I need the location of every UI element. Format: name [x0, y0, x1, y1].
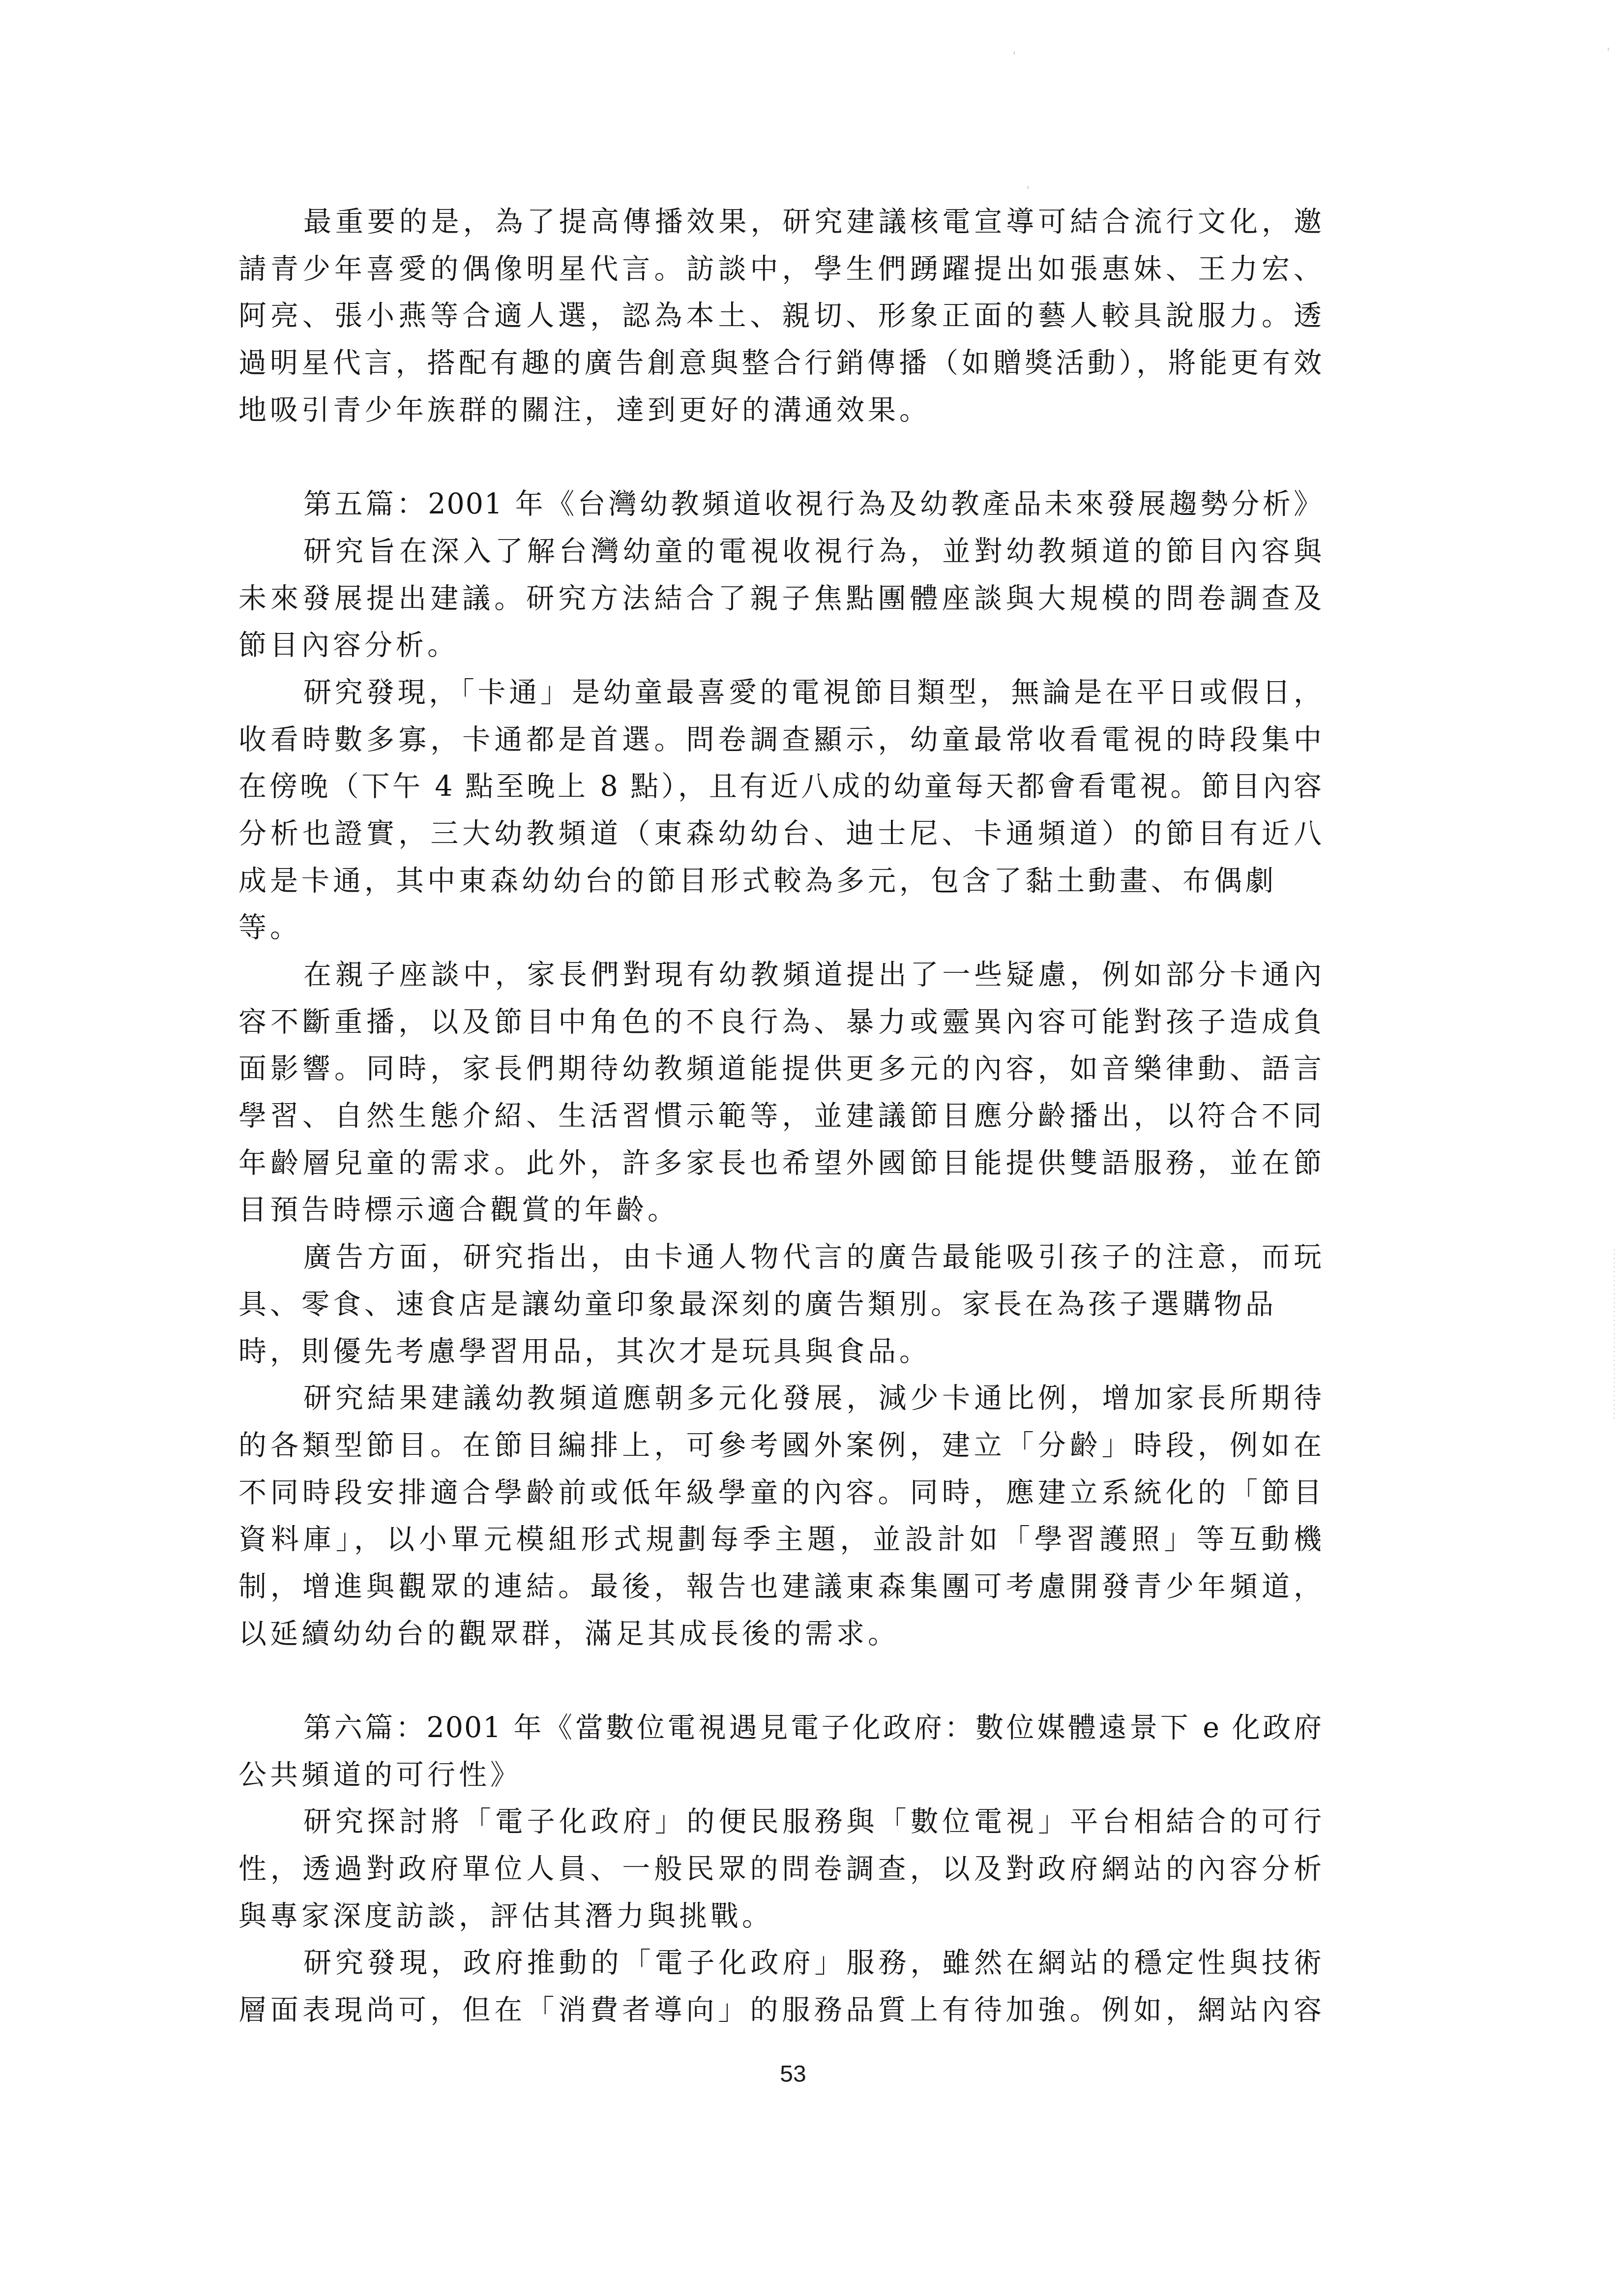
text-line: 具、零食、速食店是讓幼童印象最深刻的廣告類別。家長在為孩子選購物品 [238, 1281, 1323, 1328]
text-line: 廣告方面，研究指出，由卡通人物代言的廣告最能吸引孩子的注意，而玩 [238, 1234, 1323, 1281]
text-line: 資料庫」，以小單元模組形式規劃每季主題，並設計如「學習護照」等互動機 [238, 1516, 1323, 1563]
text-line: 以延續幼幼台的觀眾群，滿足其成長後的需求。 [238, 1611, 1323, 1658]
text-line: 在親子座談中，家長們對現有幼教頻道提出了一些疑慮，例如部分卡通內 [238, 952, 1323, 999]
text-line: 分析也證實，三大幼教頻道（東森幼幼台、迪士尼、卡通頻道）的節目有近八 [238, 811, 1323, 858]
text-line: 節目內容分析。 [238, 622, 1323, 669]
text-line: 研究結果建議幼教頻道應朝多元化發展，減少卡通比例，增加家長所期待 [238, 1375, 1323, 1422]
document-page: 最重要的是，為了提高傳播效果，研究建議核電宣導可結合流行文化，邀 請青少年喜愛的… [0, 0, 1624, 2284]
paragraph-spacer [238, 434, 1323, 481]
page-body: 最重要的是，為了提高傳播效果，研究建議核電宣導可結合流行文化，邀 請青少年喜愛的… [238, 199, 1323, 2034]
text-line: 最重要的是，為了提高傳播效果，研究建議核電宣導可結合流行文化，邀 [238, 199, 1323, 246]
page-number: 53 [768, 2060, 818, 2089]
paragraph-section6-findings: 研究發現，政府推動的「電子化政府」服務，雖然在網站的穩定性與技術 層面表現尚可，… [238, 1940, 1323, 2034]
text-line: 等。 [238, 904, 1323, 952]
text-line: 制，增進與觀眾的連結。最後，報告也建議東森集團可考慮開發青少年頻道， [238, 1563, 1323, 1611]
text-line: 請青少年喜愛的偶像明星代言。訪談中，學生們踴躍提出如張惠妹、王力宏、 [238, 246, 1323, 293]
text-line: 的各類型節目。在節目編排上，可參考國外案例，建立「分齡」時段，例如在 [238, 1422, 1323, 1470]
section-title: 第六篇：2001 年《當數位電視遇見電子化政府：數位媒體遠景下 e 化政府 [238, 1705, 1323, 1752]
text-line: 年齡層兒童的需求。此外，許多家長也希望外國節目能提供雙語服務，並在節 [238, 1140, 1323, 1187]
paragraph-spacer [238, 1657, 1323, 1705]
section-heading-6: 第六篇：2001 年《當數位電視遇見電子化政府：數位媒體遠景下 e 化政府 公共… [238, 1705, 1323, 1799]
text-line: 與專家深度訪談，評估其潛力與挑戰。 [238, 1893, 1323, 1940]
scan-artifact [1614, 1249, 1615, 1421]
text-line: 時，則優先考慮學習用品，其次才是玩具與食品。 [238, 1328, 1323, 1376]
paragraph-section6-purpose: 研究探討將「電子化政府」的便民服務與「數位電視」平台相結合的可行 性，透過對政府… [238, 1799, 1323, 1940]
text-line: 學習、自然生態介紹、生活習慣示範等，並建議節目應分齡播出，以符合不同 [238, 1093, 1323, 1140]
text-line: 過明星代言，搭配有趣的廣告創意與整合行銷傳播（如贈獎活動），將能更有效 [238, 340, 1323, 387]
scan-artifact [1608, 48, 1609, 51]
paragraph-section5-parents: 在親子座談中，家長們對現有幼教頻道提出了一些疑慮，例如部分卡通內 容不斷重播，以… [238, 952, 1323, 1234]
text-line: 不同時段安排適合學齡前或低年級學童的內容。同時，應建立系統化的「節目 [238, 1470, 1323, 1517]
text-line: 研究發現，政府推動的「電子化政府」服務，雖然在網站的穩定性與技術 [238, 1940, 1323, 1987]
text-line: 目預告時標示適合觀賞的年齡。 [238, 1187, 1323, 1234]
paragraph-section5-findings: 研究發現，「卡通」是幼童最喜愛的電視節目類型，無論是在平日或假日， 收看時數多寡… [238, 669, 1323, 952]
text-line: 性，透過對政府單位人員、一般民眾的問卷調查，以及對政府網站的內容分析 [238, 1846, 1323, 1893]
text-line: 研究旨在深入了解台灣幼童的電視收視行為，並對幼教頻道的節目內容與 [238, 528, 1323, 575]
text-line: 層面表現尚可，但在「消費者導向」的服務品質上有待加強。例如，網站內容 [238, 1987, 1323, 2034]
text-line: 在傍晚（下午 4 點至晚上 8 點），且有近八成的幼童每天都會看電視。節目內容 [238, 763, 1323, 811]
text-line: 成是卡通，其中東森幼幼台的節目形式較為多元，包含了黏土動畫、布偶劇 [238, 858, 1323, 905]
text-line: 未來發展提出建議。研究方法結合了親子焦點團體座談與大規模的問卷調查及 [238, 575, 1323, 623]
text-line: 地吸引青少年族群的關注，達到更好的溝通效果。 [238, 387, 1323, 434]
text-line: 面影響。同時，家長們期待幼教頻道能提供更多元的內容，如音樂律動、語言 [238, 1046, 1323, 1093]
scan-artifact [1014, 52, 1015, 55]
text-line: 容不斷重播，以及節目中角色的不良行為、暴力或靈異內容可能對孩子造成負 [238, 999, 1323, 1046]
scan-artifact [1028, 186, 1029, 189]
paragraph-section5-advertising: 廣告方面，研究指出，由卡通人物代言的廣告最能吸引孩子的注意，而玩 具、零食、速食… [238, 1234, 1323, 1375]
text-line: 阿亮、張小燕等合適人選，認為本土、親切、形象正面的藝人較具說服力。透 [238, 293, 1323, 340]
section-heading-5: 第五篇：2001 年《台灣幼教頻道收視行為及幼教產品未來發展趨勢分析》 [238, 481, 1323, 528]
section-title-continued: 公共頻道的可行性》 [238, 1752, 1323, 1799]
text-line: 收看時數多寡，卡通都是首選。問卷調查顯示，幼童最常收看電視的時段集中 [238, 717, 1323, 764]
paragraph-section5-purpose: 研究旨在深入了解台灣幼童的電視收視行為，並對幼教頻道的節目內容與 未來發展提出建… [238, 528, 1323, 669]
section-title: 第五篇：2001 年《台灣幼教頻道收視行為及幼教產品未來發展趨勢分析》 [238, 481, 1323, 528]
text-line: 研究探討將「電子化政府」的便民服務與「數位電視」平台相結合的可行 [238, 1799, 1323, 1846]
text-line: 研究發現，「卡通」是幼童最喜愛的電視節目類型，無論是在平日或假日， [238, 669, 1323, 717]
paragraph-celebrity-endorsement: 最重要的是，為了提高傳播效果，研究建議核電宣導可結合流行文化，邀 請青少年喜愛的… [238, 199, 1323, 434]
paragraph-section5-recommendations: 研究結果建議幼教頻道應朝多元化發展，減少卡通比例，增加家長所期待 的各類型節目。… [238, 1375, 1323, 1657]
